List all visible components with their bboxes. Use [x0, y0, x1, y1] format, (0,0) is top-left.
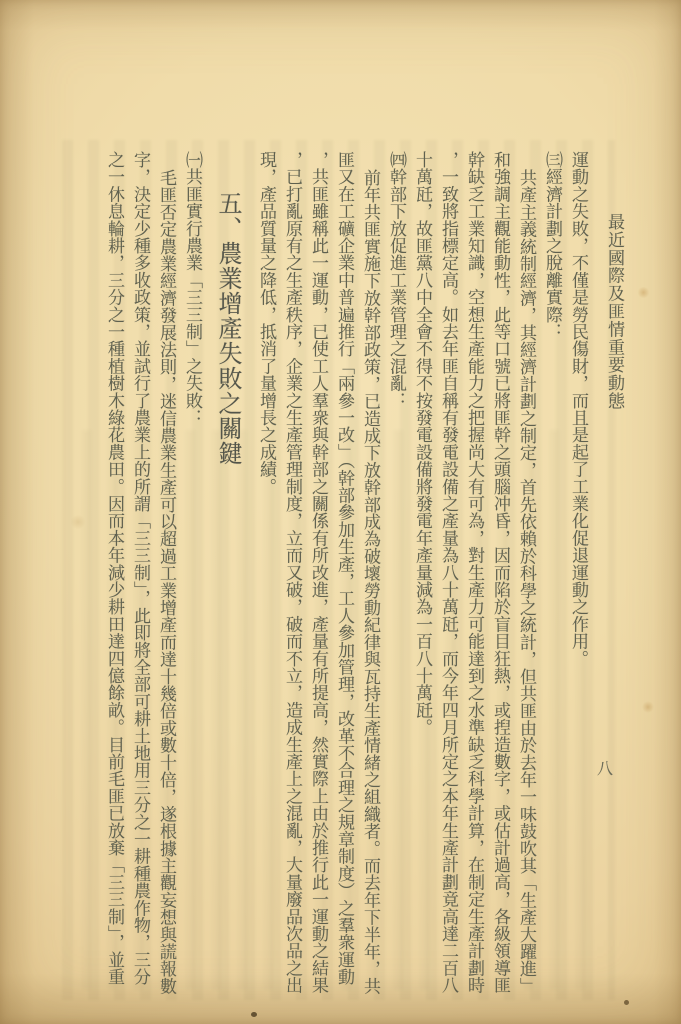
- text-column: 前年共匪實施下放幹部政策，已造成下放幹部成為破壞勞動紀律與瓦持生產情緒之組織者。…: [357, 151, 383, 1017]
- text-column: 現，產品質量之降低，抵消了量增長之成績。: [253, 151, 279, 1017]
- text-column: 和強調主觀能動性，此等口號已將匪幹之頭腦冲昏，因而陷於盲目狂熱，或揑造數字，或估…: [487, 151, 513, 1017]
- text-column: 運動之失敗，不僅是勞民傷財，而且是起了工業化促退運動之作用。: [565, 151, 591, 1017]
- text-column: ，一致將指標定高。如去年匪自稱有發電設備之產量為八十萬瓩，而今年四月所定之本年生…: [435, 151, 461, 1017]
- text-column: ，共匪雖稱此一運動，已使工人羣衆與幹部之關係有所改進，產量有所提高，然實際上由於…: [305, 151, 331, 1017]
- section-label: ㈢經濟計劃之脫離實際：: [539, 151, 565, 1017]
- paper-speck: [251, 1012, 257, 1017]
- text-column: 幹缺乏工業知識，空想生產能力之把握尚大有可為，對生產力可能達到之水準缺乏科學計算…: [461, 151, 487, 1017]
- running-title: 最近國際及匪情重要動態: [602, 213, 627, 410]
- paper-stain: [70, 515, 86, 529]
- chapter-heading: 五、農業增產失敗之關鍵: [212, 151, 242, 1017]
- text-column: 字，決定少種多收政策，並試行了農業上的所謂「三三制」，此即將全部可耕土地用三分之…: [127, 151, 153, 1017]
- page-number: 八: [597, 756, 613, 779]
- main-text-block: 運動之失敗，不僅是勞民傷財，而且是起了工業化促退運動之作用。 ㈢經濟計劃之脫離實…: [101, 151, 591, 1017]
- text-column: 之一休息輪耕，三分之一種植樹木綠花農田。因而本年減少耕田達四億餘畝。目前毛匪已放…: [101, 151, 127, 1017]
- section-label: ㈠共匪實行農業「三三制」之失敗：: [179, 151, 205, 1017]
- text-column: 毛匪否定農業經濟發展法則，迷信農業生產可以超過工業增產而達十幾倍或數十倍，遂根據…: [153, 151, 179, 1017]
- text-column: 共產主義統制經濟，其經濟計劃之制定，首先依賴於科學之統計，但共匪由於去年一味鼓吹…: [513, 151, 539, 1017]
- paper-stain: [637, 287, 650, 298]
- text-column: ，已打亂原有之生產秩序，企業之生產管理制度，立而又破，破而不立，造成生產上之混亂…: [279, 151, 305, 1017]
- text-column: 匪又在工礦企業中普遍推行「兩參一改」（幹部參加生產，工人參加管理，改革不合理之規…: [331, 151, 357, 1017]
- text-column: 十萬瓩，故匪黨八中全會不得不按發電設備將發電年產量減為一百八十萬瓩。: [409, 151, 435, 1017]
- paper-speck: [624, 1000, 629, 1005]
- paper-stain: [642, 701, 654, 713]
- scanned-document-page: 最近國際及匪情重要動態 運動之失敗，不僅是勞民傷財，而且是起了工業化促退運動之作…: [0, 0, 681, 1024]
- section-label: ㈣幹部下放促進工業管理之混亂：: [383, 151, 409, 1017]
